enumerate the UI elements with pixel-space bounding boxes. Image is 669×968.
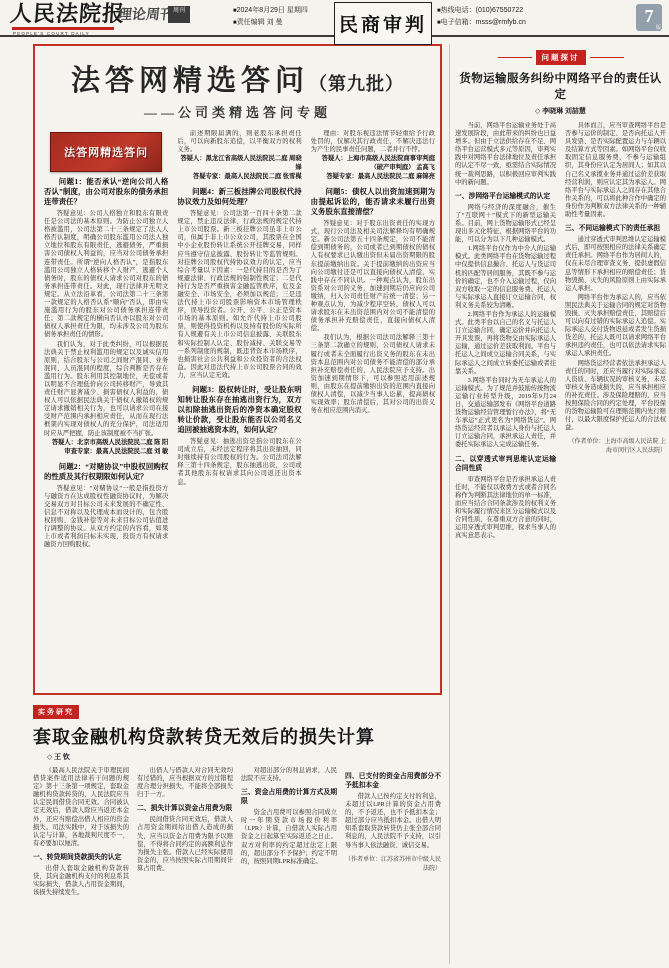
byline: 答疑人：北京市高级人民法院民二庭 陈 阳 (44, 439, 168, 448)
paragraph: 3.网络平台同时为无车承运人的运输模式。为了规范并鼓励传统物流运输行业转型升级，… (455, 377, 556, 450)
feature-col-3: 理由：对股东视违法情节轻重给予行政处罚的，仅解决其行政责任，不解决违法行为产生的… (311, 130, 435, 686)
bottom-col-3: 对超出部分的利息请求，人民法院不应支持。 三、资金占用费的计算方式及期限 资金占… (241, 767, 337, 963)
byline: 答疑专家：最高人民法院民二庭 张雪楳 (177, 173, 301, 182)
question-2-answer: 答疑意见：“对赌协议”一般是指投资方与融资方在达成股权性融资协议时，为解决交易双… (44, 485, 168, 550)
right-article-title: 货物运输服务纠纷中网络平台的责任认定 (455, 70, 666, 102)
paragraph: 审查网络平台是否承担承运人责任时，不能仅以收费方式或者合同名称作为判断其法律地位… (455, 476, 556, 541)
right-article-col-1: 当前，网络平台运输业务处于高速发展阶段，由此带来的纠纷也日益增多。但由于立法供给… (455, 122, 556, 952)
question-5-title: 问题5：债权人以出资加速到期为由提起诉讼的，能否请求未履行出资义务股东直接清偿？ (311, 187, 435, 217)
paragraph: 网络平台作为承运人的，应当依照民法典关于运输合同的规定对货物毁损、灭失承担赔偿责… (565, 294, 666, 359)
paragraph: 2.网络平台作为承运人的运输模式。此类平台以自己的名义与托运人订立运输合同，确定… (455, 311, 556, 376)
question-2-title: 问题2：“对赌协议”中股权回购权的性质及其行权期限如何认定？ (44, 462, 168, 482)
question-3-answer: 答疑意见：抽逃出资是指公司股东在公司成立后，未经法定程序将其出资抽回，同时继续持… (177, 438, 301, 487)
section-heading-2: 二、损失计算以资金占用费为限 (137, 804, 233, 813)
weekly-badge: 周刊 (168, 6, 190, 23)
question-1-title: 问题1：能否承认“逆向公司人格否认”制度，由公司对股东的债务承担连带责任？ (44, 177, 168, 207)
question-1-answer: 答疑意见：公司人格独立和股东有限责任是公司法的基本原则。为防止公司独立人格被滥用… (44, 210, 168, 340)
byline: 答疑人：上海市高级人民法院商事审判庭（破产审判庭） 孟高飞 (311, 155, 435, 172)
fadawang-logo: 法答网精选答问 (50, 132, 162, 172)
question-5-answer: 我们认为，根据公司法司法解释三第十三条第二款确立的规则，公司债权人请求未履行或者… (311, 334, 435, 415)
question-3-title: 问题3：股权转让时，受让股东明知转让股东存在抽逃出资行为，双方以扣除抽逃出资后的… (177, 385, 301, 435)
hotline-line: ■热线电话：(010)67550722 (437, 5, 526, 17)
paragraph: 民间借贷合同无效后，借款人占用资金期间给出借人造成的损失，应当以资金占用费为限予… (137, 816, 233, 873)
paragraph: 出借人与借款人对合同无效均有过错的，应当根据双方的过错程度合理分担损失，不能将全… (137, 767, 233, 799)
section-title: 民商审判 (339, 10, 427, 37)
badge-rule (590, 57, 624, 58)
paragraph: 1.网络平台仅作为中介人的运输模式。此类网络平台在货物运输过程中仅提供信息撮合、… (455, 245, 556, 310)
feature-col-1: 法答网精选答问 问题1：能否承认“逆向公司人格否认”制度，由公司对股东的债务承担… (44, 130, 168, 686)
paragraph: 对超出部分的利息请求，人民法院不应支持。 (241, 767, 337, 783)
paragraph: 当前，网络平台运输业务处于高速发展阶段，由此带来的纠纷也日益增多。但由于立法供给… (455, 122, 556, 187)
paragraph: 通过穿透式审判思维认定运输模式后，即可按照相应的法律关系确定责任承担。网络平台作… (565, 236, 666, 293)
section-heading-2: 二、以穿透式审判思维认定运输合同性质 (455, 455, 556, 473)
masthead-title: 人民法院报 (9, 2, 126, 26)
question-1-answer: 我们认为，对于此类纠纷，可以根据民法典关于禁止权利滥用的规定以及诚实信用原则，结… (44, 341, 168, 438)
paragraph: 出借人套取金融机构贷款转贷，其向金融机构支付的利息系其实际损失，借款人占用资金期… (33, 865, 129, 897)
bottom-article-title: 套取金融机构贷款转贷无效后的损失计算 (33, 723, 443, 749)
feature-col-2: 前述期限届满的，则老股东承担责任后，可以向新股东追偿，以平衡双方的权利义务。 答… (177, 130, 301, 686)
paragraph: 借款人已按约定支付的利息，未超过以LPR计算的资金占用费的，不予返还，也不予抵扣… (345, 793, 441, 850)
section-title-box: 民商审判 (334, 2, 432, 45)
feature-subtitle: ——公司类精选答问专题 (35, 102, 440, 121)
byline: 答疑专家：最高人民法院民二庭 麻锦亮 (311, 173, 435, 182)
date-line: ■2024年8月29日 星期四 (233, 5, 308, 17)
question-4-answer: 答疑意见：公司法第一百四十条第二款规定，禁止违反法律、行政法规的规定代持上市公司… (177, 210, 301, 380)
page-header: 人民法院报 PEOPLE'S COURT DAILY 理论周刊 周刊 ■2024… (0, 0, 669, 36)
section-heading-1: 一、涉网络平台运输模式的认定 (455, 192, 556, 201)
section-heading-3: 三、不同运输模式下的责任承担 (565, 224, 666, 233)
editor-line: ■责任编辑 刘 曼 (233, 17, 308, 29)
bottom-article-authors: ◇ 王 钦 (47, 752, 443, 762)
right-article-authors: ◇ 李晓琳 刘喆慧 (455, 106, 666, 116)
section-heading-1: 一、转贷期间贷款损失的认定 (33, 853, 129, 862)
byline: 答疑人：黑龙江省高级人民法院民二庭 周晓娣 (177, 155, 301, 172)
weekly-title: 理论周刊 (117, 4, 175, 24)
question-5-answer: 答疑意见：对于股东出资责任的实现方式，现行公司法及相关司法解释均有明确规定。新公… (311, 220, 435, 333)
bottom-article: 实务研究 套取金融机构贷款转贷无效后的损失计算 ◇ 王 钦 《最高人民法院关于审… (33, 701, 443, 965)
bottom-col-1: 《最高人民法院关于审理民间借贷案件适用法律若干问题的规定》第十三条第一项规定，套… (33, 767, 129, 963)
masthead-red-bar (12, 27, 114, 30)
feature-article: 法答网精选答问（第九批） ——公司类精选答问专题 法答网精选答问 问题1：能否承… (33, 44, 442, 695)
feature-title: 法答网精选答问（第九批） (35, 58, 440, 99)
email-line: ■电子信箱：msss@rmfyb.cn (437, 17, 526, 29)
paragraph: 网络与经济的深度融合，催生了“互联网＋”模式下的新型运输关系。目前，网上货物运输… (455, 204, 556, 244)
article-intro: 《最高人民法院关于审理民间借贷案件适用法律若干问题的规定》第十三条第一项规定，套… (33, 767, 129, 848)
right-article-columns: 当前，网络平台运输业务处于高速发展阶段，由此带来的纠纷也日益增多。但由于立法供给… (455, 122, 666, 952)
column-badge: 实务研究 (33, 705, 79, 719)
newspaper-page: 人民法院报 PEOPLE'S COURT DAILY 理论周刊 周刊 ■2024… (0, 0, 669, 968)
bottom-col-4: 四、已支付的资金占用费部分不予抵扣本金 借款人已按约定支付的利息，未超过以LPR… (345, 767, 441, 963)
diamond-icon: ◇ (535, 107, 540, 115)
right-article: 问题探讨 货物运输服务纠纷中网络平台的责任认定 ◇ 李晓琳 刘喆慧 当前，网络平… (455, 46, 666, 964)
section-heading-4: 四、已支付的资金占用费部分不予抵扣本金 (345, 772, 441, 790)
byline: 审查专家：最高人民法院民二庭 刘 敏 (44, 448, 168, 457)
column-badge: 问题探讨 (536, 50, 586, 65)
right-article-badge-row: 问题探讨 (455, 50, 666, 65)
feature-columns: 法答网精选答问 问题1：能否承认“逆向公司人格否认”制度，由公司对股东的债务承担… (44, 130, 435, 686)
page-number-badge: 7 版 (636, 4, 662, 31)
paragraph: 资金占用费可以参照合同成立时一年期贷款市场报价利率（LPR）计算，自借款人实际占… (241, 809, 337, 866)
answer-continuation: 前述期限届满的，则老股东承担责任后，可以向新股东追偿，以平衡双方的权利义务。 (177, 130, 301, 154)
question-4-title: 问题4：新三板挂牌公司股权代持协议效力及如何处理？ (177, 187, 301, 207)
column-divider (449, 44, 450, 964)
paragraph: 网络货运经营者依法承担承运人责任的同时，还应当履行对实际承运人资质、车辆状况的审… (565, 360, 666, 433)
right-article-col-2: 具体而言，应当审查网络平台是否参与运价的制定、是否向托运人开具发票、是否实际配置… (565, 122, 666, 952)
date-editor-block: ■2024年8月29日 星期四 ■责任编辑 刘 曼 (233, 5, 308, 29)
author-affiliation: （作者单位：上海市高级人民法院 上海市闵行区人民法院） (565, 436, 666, 454)
bottom-article-columns: 《最高人民法院关于审理民间借贷案件适用法律若干问题的规定》第十三条第一项规定，套… (33, 767, 443, 963)
author-affiliation: （作者单位：江苏省苏州市中级人民法院） (345, 854, 441, 872)
badge-rule (498, 57, 532, 58)
answer-continuation: 理由：对股东视违法情节轻重给予行政处罚的，仅解决其行政责任，不解决违法行为产生的… (311, 130, 435, 154)
bottom-col-2: 出借人与借款人对合同无效均有过错的，应当根据双方的过错程度合理分担损失，不能将全… (137, 767, 233, 963)
paragraph: 具体而言，应当审查网络平台是否参与运价的制定、是否向托运人开具发票、是否实际配置… (565, 122, 666, 219)
page-unit: 版 (656, 24, 661, 31)
section-heading-3: 三、资金占用费的计算方式及期限 (241, 788, 337, 806)
diamond-icon: ◇ (47, 753, 52, 761)
contact-block: ■热线电话：(010)67550722 ■电子信箱：msss@rmfyb.cn (437, 5, 526, 29)
